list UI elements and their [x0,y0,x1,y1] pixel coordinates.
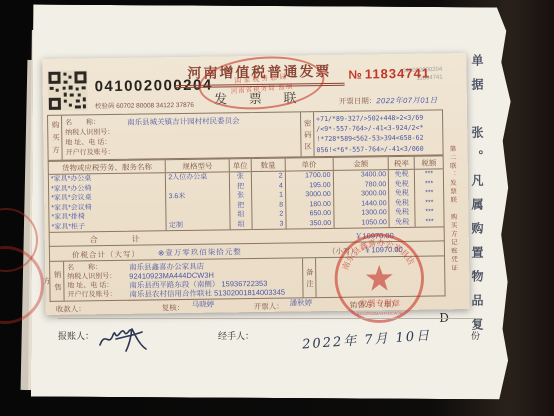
drawer-label: 开票人： [254,301,284,312]
item-qty: 2 [252,172,285,182]
col-tax: 税额 *** *** *** *** *** *** [415,156,444,226]
buyer-info: 名 称：南乐县城关镇吉计园村村民委员会 纳税人识别号： 地 址、电 话： 开户行… [62,112,301,159]
col-name: 货物或应税劳务、服务名称 *家具*办公桌 *家具*办公椅 *家具*会议桌 *家具… [49,160,167,232]
item-taxrate: 免税 [389,189,414,199]
col-qty: 数量 2 4 1 8 2 3 [252,159,287,229]
remark-area [316,256,445,297]
header-qty: 数量 [252,159,285,172]
item-unit: 把 [230,201,251,211]
item-tax: *** [416,217,444,227]
password-area-label: 密码区 [300,112,315,156]
password-area: +71/*89-327/>502+448>2<3/69 /<9*-557-764… [314,110,443,156]
item-taxrate: 免税 [389,198,414,208]
drawer-name: 潘秋婷 [290,297,313,308]
invoice-copy-label: 发 票 联 [175,87,345,108]
item-unit: 组 [230,210,251,220]
handler-label: 经手人： [218,329,254,342]
seller-side-label: 销售方 [50,262,65,301]
buyer-addr-label: 地 址、电 话： [65,137,127,147]
item-taxrate: 免税 [389,179,414,189]
header-price: 单价 [285,158,332,172]
handwritten-date: 2022年 7月 10日 [302,325,432,353]
grand-total-label: 价税合计（大写） [72,249,140,261]
items-table: 货物或应税劳务、服务名称 *家具*办公桌 *家具*办公椅 *家具*会议桌 *家具… [48,155,445,233]
remark-label: 备注 [302,258,317,297]
col-price: 单价 1700.00 195.00 3000.00 180.00 650.00 … [285,158,334,229]
total-amount: ￥10970.00 [336,230,394,242]
grand-total-figures: ￥10970.00 [364,244,403,256]
buyer-section: 购买方 名 称：南乐县城关镇吉计园村村民委员会 纳税人识别号： 地 址、电 话：… [47,109,444,161]
seller-bank: 南乐县农村信用合作联社 51302001814003345 [129,288,285,299]
item-tax: *** [415,198,443,208]
item-qty: 4 [252,181,285,191]
seller-bank-label: 开户行及账号： [67,290,129,300]
item-unit: 组 [231,220,252,230]
item-qty: 3 [252,219,285,229]
review-name: 马晓婷 [192,299,215,310]
item-spec: 定制 [167,220,230,230]
col-unit: 单位 张 把 张 把 组 组 [230,159,253,229]
seller-section: 销售方 名 称：南乐县鑫喜办公家具店 纳税人识别号：92410923MA444D… [49,256,446,302]
photo-background: 单据 张。凡属购置物品复写两 D D D D D D D D D D D 04 [0,0,554,416]
col-taxrate: 税率 免税 免税 免税 免税 免税 免税 [389,157,416,227]
number-symbol: № [348,68,362,82]
item-qty: 8 [252,200,285,210]
buyer-name-label: 名 称： [65,117,127,127]
payee-label: 收款人： [56,303,86,314]
grand-total-words: ⊗壹万零玖佰柒拾元整 [158,246,242,258]
item-unit: 张 [230,191,251,201]
item-name: *家具*柜子 [50,221,167,232]
item-qty: 2 [252,210,285,220]
seller-stamp-label: 销售方：（章） [350,299,399,311]
copy-strip-text: 第二联：发票联 购买方记账凭证 [447,145,458,305]
item-tax: *** [415,169,443,179]
copies-label: 份 [471,329,480,342]
issue-date-line: 开票日期：2022年07月01日 [339,94,438,106]
invoice-paper: 041002000204 校验码 60702 80008 34122 37876… [42,53,470,315]
item-tax: *** [416,207,444,217]
issue-date-value: 2022年07月01日 [376,95,437,105]
buyer-taxid-label: 纳税人识别号： [65,127,127,137]
buyer-side-label: 购买方 [48,116,63,160]
grand-small-label: （小写） [328,246,358,257]
qr-code [47,70,88,111]
total-label: 合 计 [90,234,146,246]
buyer-bank-label: 开户行及账号： [65,147,127,157]
buyer-name: 南乐县城关镇吉计园村村民委员会 [127,116,240,127]
item-unit: 把 [230,182,251,192]
item-amount: 1050.00 [334,218,389,228]
seller-info: 名 称：南乐县鑫喜办公家具店 纳税人识别号：92410923MA444DCW3H… [64,258,303,300]
header-unit: 单位 [230,159,251,172]
header-tax: 税额 [415,156,443,169]
review-label: 复核： [162,302,185,313]
reporter-signature [96,325,154,353]
ghost-print: 041002000204 11834741 [394,66,443,84]
item-tax: *** [415,188,443,198]
col-spec: 规格型号 2人位办公桌 3.6米 定制 [166,159,231,230]
voucher-bottom-line: 报账人： 经手人： 2022年 7月 10日 份 [58,318,482,353]
item-price: 350.00 [286,218,333,228]
invoice-title: 河南增值税普通发票 [174,61,344,88]
header-taxrate: 税率 [389,157,414,170]
item-taxrate: 免税 [390,217,415,227]
col-amount: 金额 3400.00 780.00 3000.00 1440.00 1300.0… [333,157,390,228]
item-taxrate: 免税 [389,170,414,180]
item-tax: *** [415,179,443,189]
item-taxrate: 免税 [390,208,415,218]
issue-date-label: 开票日期： [339,96,377,106]
item-qty: 1 [252,191,285,201]
reporter-label: 报账人： [58,329,94,342]
header-amount: 金额 [333,157,388,171]
header-spec: 规格型号 [166,159,229,173]
item-unit: 张 [230,172,251,182]
